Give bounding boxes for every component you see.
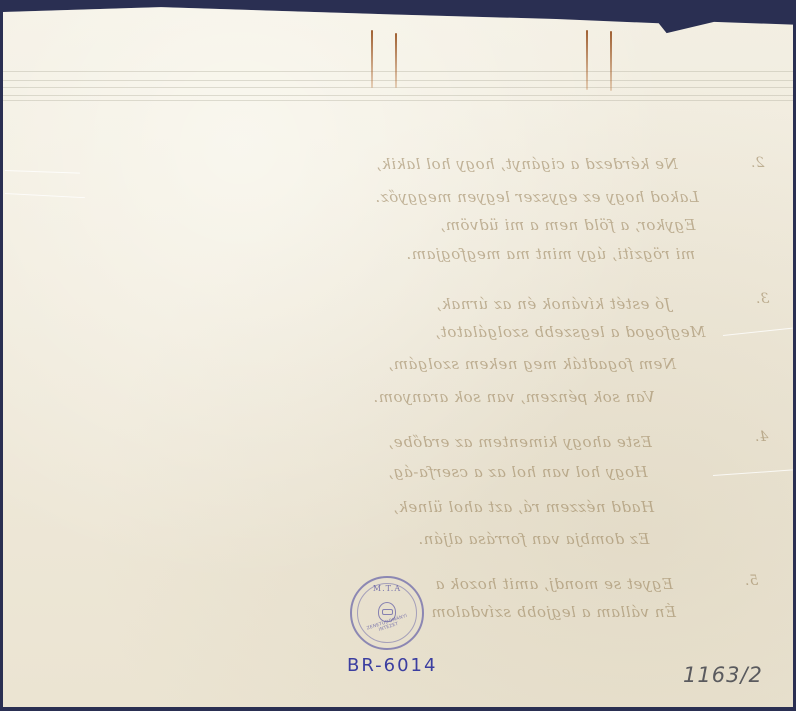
bleed-line: Este ahogy kimentem az erdőbe, xyxy=(388,433,652,451)
bleed-line: Ne kérdezd a cigányt, hogy hol lakik, xyxy=(376,155,678,173)
ruled-line xyxy=(3,100,793,101)
bleed-line: Megfogod a legszebb szolgálatot, xyxy=(435,323,705,341)
call-number: BR-6014 xyxy=(347,655,437,676)
bleed-line: Nem fogadták meg nekem szolgám, xyxy=(388,355,676,373)
bleed-line: Egyet se mondj, amit hozok a xyxy=(435,575,673,593)
bleed-verse-number: 4. xyxy=(755,429,768,445)
bleed-line: Lakod hogy ez egyszer legyen meggyőz. xyxy=(375,188,699,206)
bleed-line: Hogy hol van hol az a cserfa-ág, xyxy=(388,463,648,481)
bleed-verse-number: 2. xyxy=(751,155,764,171)
paper-crease xyxy=(5,170,80,174)
bleed-line: Én vállam a legjobb szívdalom xyxy=(431,603,676,621)
ruled-line xyxy=(3,95,793,96)
folio-number: 1163/2 xyxy=(683,663,763,687)
paper-crease xyxy=(5,193,85,198)
bleed-verse-number: 5. xyxy=(745,573,758,589)
rust-stain-mark xyxy=(371,30,373,88)
bleed-line: Van sok pénzem, van sok aranyom. xyxy=(373,388,655,406)
bleed-line: Jó estét kívánok én az úrnak, xyxy=(436,295,671,313)
ruled-line xyxy=(3,71,793,72)
scanned-document: 2. Ne kérdezd a cigányt, hogy hol lakik,… xyxy=(0,0,796,711)
bleed-line: Egykor, a föld nem a mi üdvöm, xyxy=(440,216,695,234)
bleed-line: mi rögzíti, úgy mint ma megfogjam. xyxy=(406,245,695,263)
paper-crease xyxy=(713,469,793,476)
rust-stain-mark xyxy=(610,31,612,91)
stamp-top-text: M.T.A xyxy=(352,584,422,593)
bleed-verse-number: 3. xyxy=(756,291,769,307)
ruled-line xyxy=(3,87,793,88)
ruled-line xyxy=(3,80,793,81)
rust-stain-mark xyxy=(395,33,397,88)
library-stamp: M.T.A ZENETUDOMÁNYI INTÉZET xyxy=(350,576,424,650)
paper-crease xyxy=(723,328,793,336)
bleed-line: Hadd nézzem rá, azt ahol ülnek, xyxy=(393,498,654,516)
rust-stain-mark xyxy=(586,30,588,90)
bleed-line: Ez dombja van forrása alján. xyxy=(418,530,649,548)
